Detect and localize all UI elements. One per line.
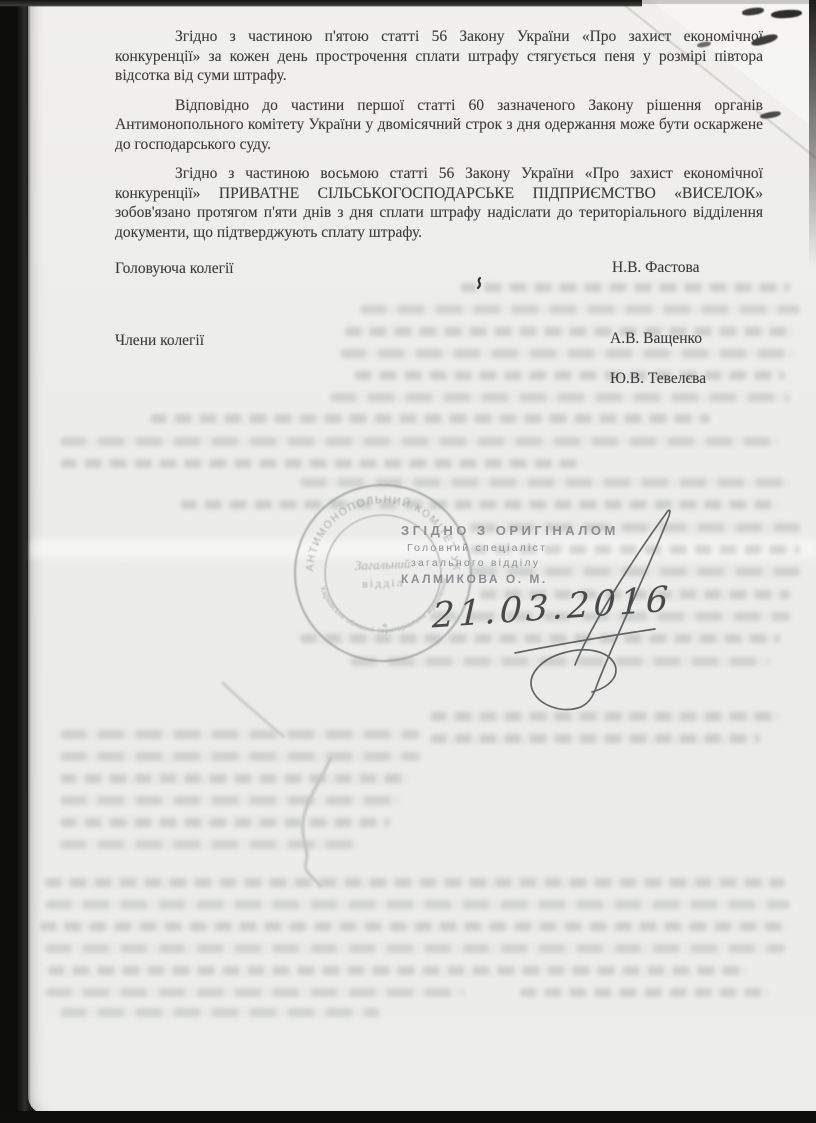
bleed-through-line <box>60 818 390 827</box>
paragraph: Згідно з частиною п'ятою статті 56 Закон… <box>115 27 763 86</box>
bleed-through-line <box>48 966 748 975</box>
bleed-through-line <box>45 878 785 887</box>
bleed-through-line <box>430 712 780 721</box>
bleed-through-line <box>45 900 790 909</box>
bleed-through-line <box>360 305 800 314</box>
certification-stamp-line4: КАЛМИКОВА О. М. <box>401 572 619 586</box>
bleed-through-line <box>150 414 710 423</box>
bleed-through-line <box>430 734 760 743</box>
scan-edge-left <box>0 0 31 1123</box>
bleed-through-line <box>60 1008 380 1017</box>
stamp-star: * <box>382 620 388 634</box>
bleed-through-line <box>60 730 420 739</box>
bleed-through-line <box>60 752 420 761</box>
paragraph: Відповідно до частини першої статті 60 з… <box>115 96 763 155</box>
bleed-through-line <box>345 327 795 336</box>
bleed-through-line <box>60 774 410 783</box>
chair-label: Головуюча колегії <box>115 260 234 278</box>
certification-stamp-line3: загального відділу <box>401 557 619 569</box>
bleed-through-line <box>40 922 790 931</box>
bleed-through-line <box>460 283 790 292</box>
scan-edge-top-faint <box>642 0 816 4</box>
certification-stamp-line1: ЗГІДНО З ОРИГІНАЛОМ <box>401 523 619 538</box>
paragraph: Згідно з частиною восьмою статті 56 Зако… <box>115 164 763 242</box>
document-body: Згідно з частиною п'ятою статті 56 Закон… <box>115 27 763 252</box>
scan-edge-top <box>0 0 642 7</box>
bleed-through-line <box>60 437 780 446</box>
members-label: Члени колегії <box>115 332 204 350</box>
bleed-through-line <box>45 988 465 997</box>
certification-stamp-line2: Головний спеціаліст <box>401 542 619 554</box>
bleed-through-line <box>330 393 790 402</box>
bleed-through-line <box>520 988 770 997</box>
scanned-document-page: Згідно з частиною п'ятою статті 56 Закон… <box>0 0 816 1123</box>
chair-name: Н.В. Фастова <box>612 259 699 277</box>
bleed-through-line <box>180 500 780 509</box>
member-name: А.В. Ващенко <box>610 330 702 348</box>
member-name: Ю.В. Тевелєва <box>610 370 706 388</box>
bleed-through-line <box>355 371 785 380</box>
bleed-through-line <box>60 840 360 849</box>
stamp-center-line2: відділ <box>362 575 405 590</box>
scan-edge-bottom <box>0 1111 816 1123</box>
bleed-through-line <box>60 459 580 468</box>
certification-stamp: ЗГІДНО З ОРИГІНАЛОМ Головний спеціаліст … <box>401 523 619 586</box>
bleed-through-line <box>340 349 795 358</box>
bleed-through-line <box>60 796 400 805</box>
bleed-through-line <box>45 944 785 953</box>
scan-edge-right <box>809 0 816 268</box>
